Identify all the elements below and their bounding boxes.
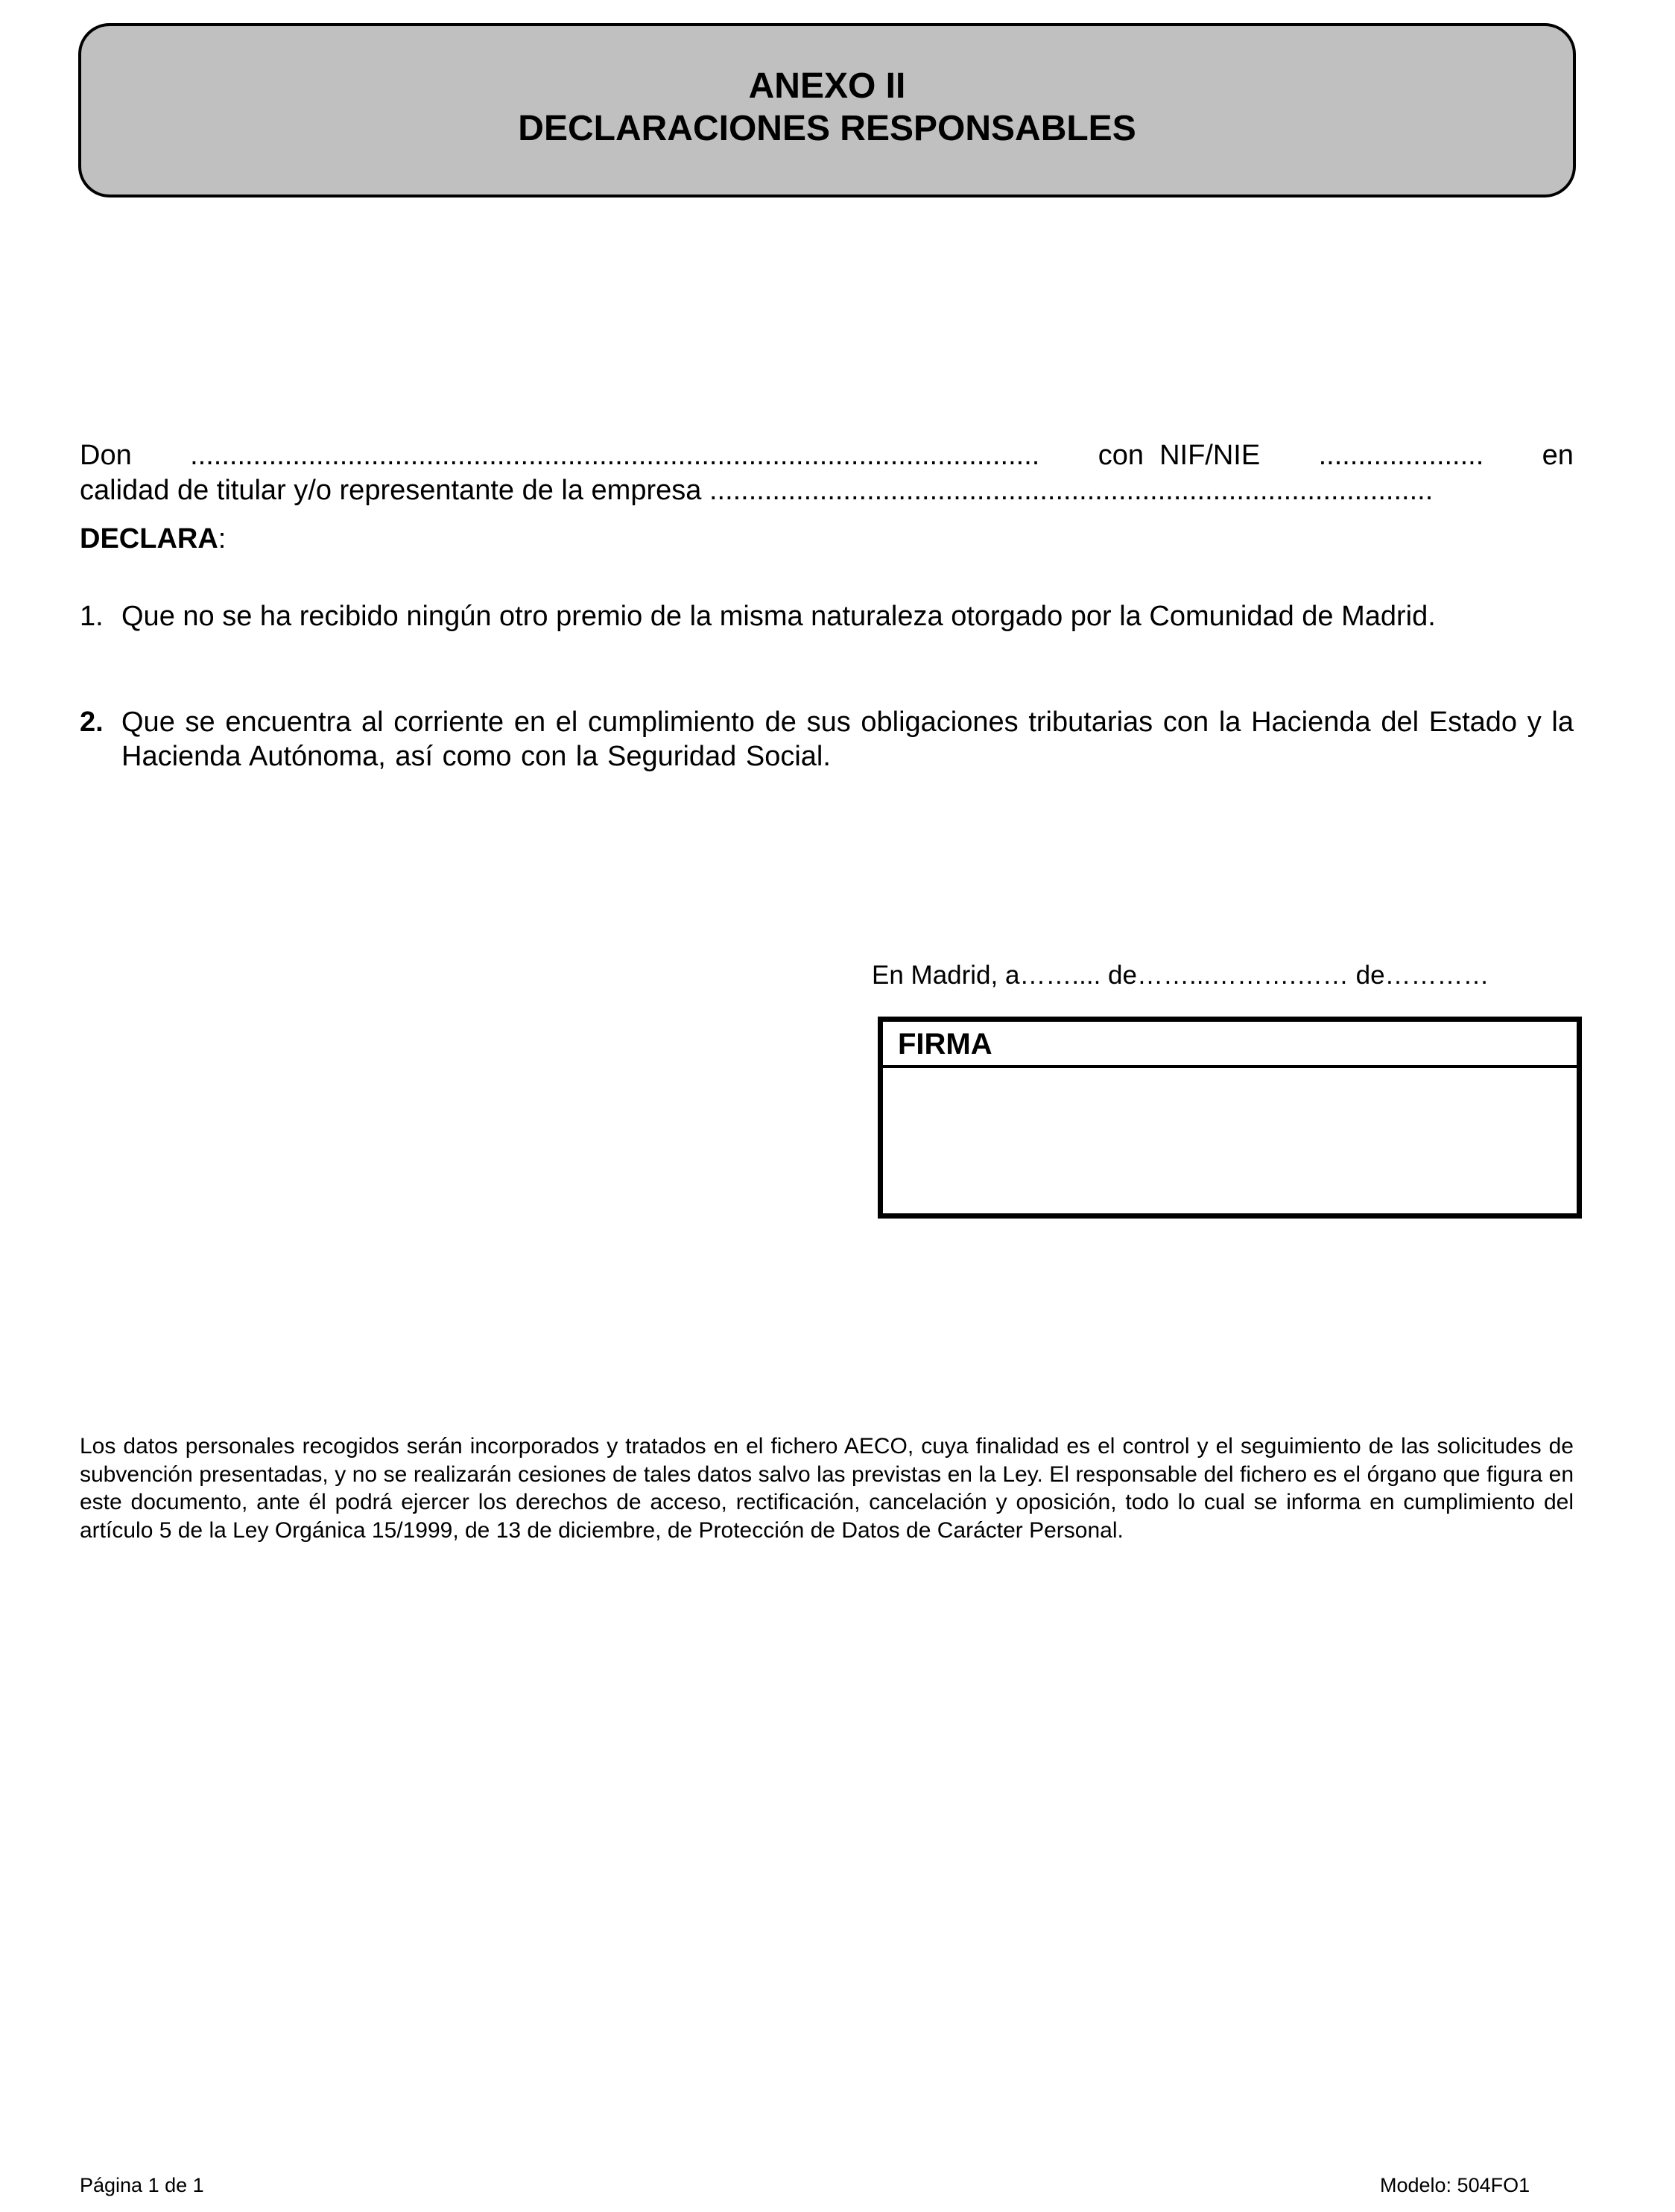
page-number: Página 1 de 1 <box>80 2172 204 2198</box>
applicant-name-field[interactable]: ........................................… <box>190 438 1039 473</box>
document-title: DECLARACIONES RESPONSABLES <box>81 108 1573 150</box>
company-field[interactable]: ........................................… <box>709 475 1433 506</box>
signature-box-header: FIRMA <box>883 1022 1577 1068</box>
company-row: calidad de titular y/o representante de … <box>80 473 1433 508</box>
place-date-line[interactable]: En Madrid, a…….... de……...……….…… de………… <box>872 959 1489 992</box>
en-label: en <box>1542 438 1574 473</box>
signature-label: FIRMA <box>898 1026 992 1062</box>
don-label: Don <box>80 438 132 473</box>
declara-heading: DECLARA: <box>80 522 226 556</box>
signature-area[interactable] <box>883 1068 1577 1213</box>
document-header: ANEXO II DECLARACIONES RESPONSABLES <box>78 23 1576 197</box>
declaration-text: Que no se ha recibido ningún otro premio… <box>121 599 1574 633</box>
applicant-name-row: Don ....................................… <box>80 438 1574 473</box>
declaration-number: 2. <box>80 705 104 739</box>
declaration-item: 2. Que se encuentra al corriente en el c… <box>80 705 1574 774</box>
declaration-item: 1. Que no se ha recibido ningún otro pre… <box>80 599 1574 633</box>
annex-title: ANEXO II <box>81 66 1573 107</box>
privacy-notice: Los datos personales recogidos serán inc… <box>80 1432 1574 1544</box>
declara-label: DECLARA <box>80 523 218 554</box>
declara-colon: : <box>218 523 227 554</box>
declaration-number: 1. <box>80 599 104 633</box>
capacity-text: calidad de titular y/o representante de … <box>80 475 701 506</box>
model-code: Modelo: 504FO1 <box>1380 2172 1530 2198</box>
nif-field[interactable]: ..................... <box>1319 438 1484 473</box>
declaration-text: Que se encuentra al corriente en el cump… <box>121 705 1574 774</box>
signature-box[interactable]: FIRMA <box>878 1017 1582 1219</box>
nif-label: con NIF/NIE <box>1098 438 1261 473</box>
